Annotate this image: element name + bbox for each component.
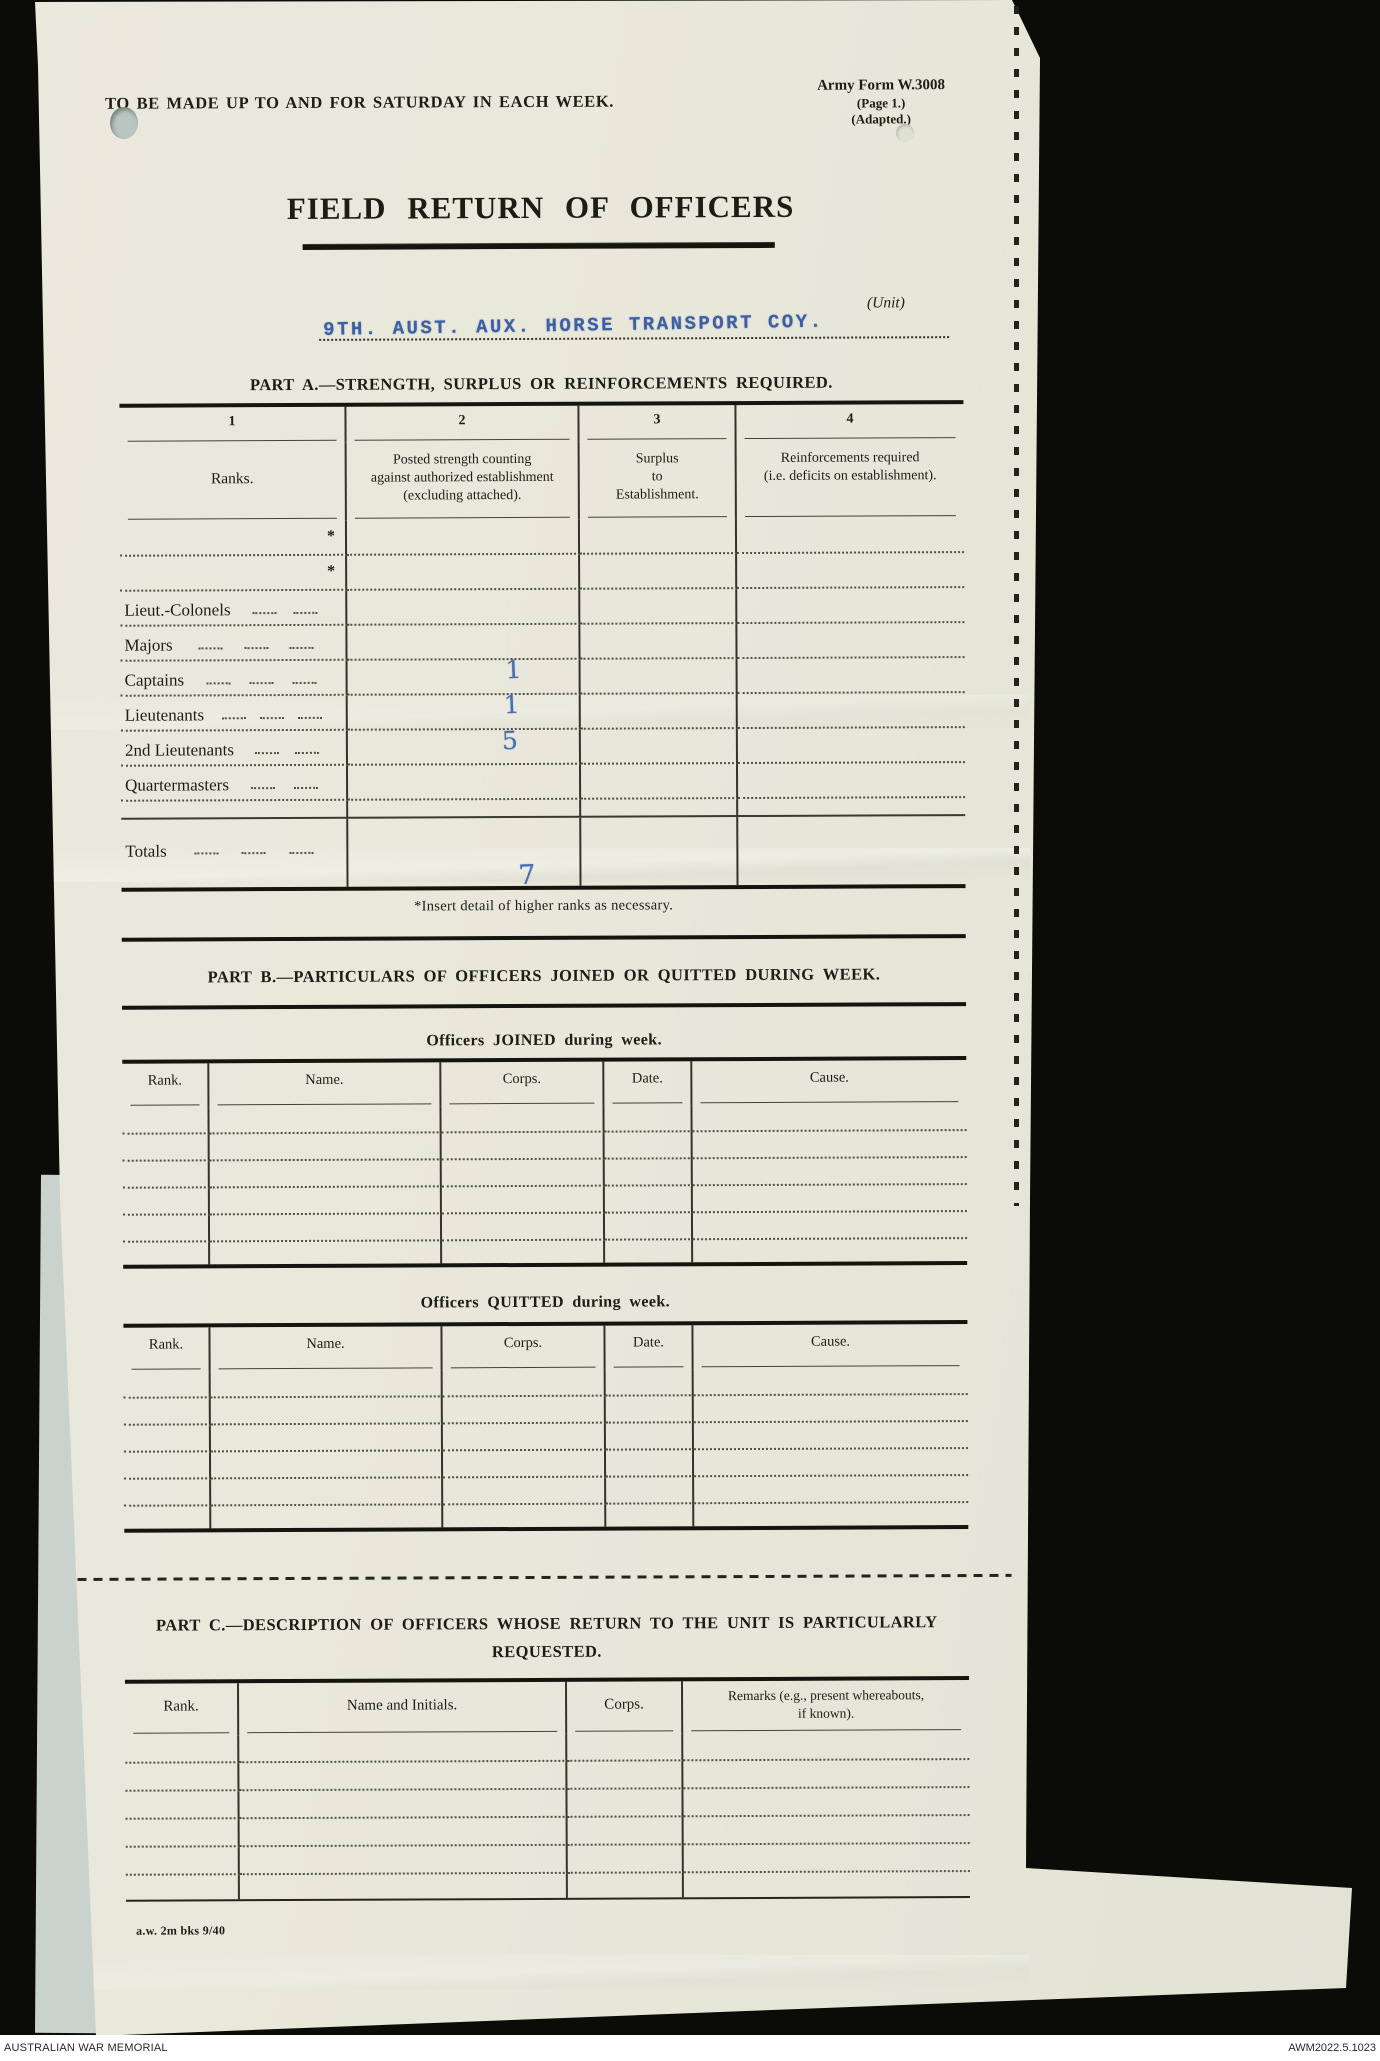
dot-leaders [204,716,340,726]
empty-cell [240,1818,568,1847]
empty-cell [693,1212,967,1240]
section-rule [122,1002,966,1010]
empty-cell [443,1451,606,1479]
perforation-dashed-line [62,1574,1012,1581]
dot-leaders [173,646,340,656]
empty-cell [568,1873,684,1898]
dot-leader [294,611,318,614]
empty-cell [123,1242,210,1264]
header-underline [612,1102,682,1103]
empty-cell [693,1131,967,1159]
rank-cell: Lieutenants [121,696,348,732]
empty-cell [348,800,581,819]
form-content: TO BE MADE UP TO AND FOR SATURDAY IN EAC… [0,0,1380,2061]
empty-cell [443,1478,606,1506]
part-a-footnote: *Insert detail of higher ranks as necess… [122,896,966,917]
empty-cell [125,1791,239,1819]
empty-cell [209,1106,441,1134]
header-underline [130,1104,199,1105]
col-number: 1 [119,407,346,444]
archive-institution-label: AUSTRALIAN WAR MEMORIAL [4,2042,168,2054]
dot-leader [244,646,268,649]
column-header-corps: Corps. [441,1062,604,1107]
header-underline [702,1365,960,1367]
header-underline [132,1368,201,1369]
empty-cell [442,1241,605,1264]
header-underline [691,1729,961,1731]
empty-cell [210,1133,442,1161]
empty-cell [123,1161,210,1188]
empty-cell [683,1788,969,1817]
column-header-corps: Corps. [442,1326,605,1371]
header-underline [614,1366,684,1367]
dot-leader [255,751,279,754]
rank-label: Quartermasters [125,775,229,795]
col-number: 3 [579,405,736,442]
column-header-reinforcements: Reinforcements required (i.e. deficits o… [737,440,964,519]
column-header-rank: Rank. [123,1327,210,1371]
empty-cell [684,1872,970,1897]
rank-cell: Quartermasters [121,766,348,802]
column-header-cause: Cause. [693,1324,967,1369]
dot-leader [294,786,318,789]
header-underline [575,1730,673,1731]
empty-cell [443,1370,606,1398]
dot-leader [295,751,319,754]
empty-cell [581,694,738,730]
empty-cell [605,1240,693,1262]
empty-cell [683,1732,969,1761]
column-header-rank: Rank. [125,1683,239,1735]
empty-cell [126,1847,240,1875]
dot-leader [250,681,274,684]
empty-cell [348,765,581,801]
dot-leaders [184,681,340,691]
empty-cell [606,1450,694,1477]
form-title: FIELD RETURN OF OFFICERS [118,188,962,228]
part-c-heading: PART C.—DESCRIPTION OF OFFICERS WHOSE RE… [125,1608,969,1668]
empty-cell [568,1817,684,1846]
empty-cell [210,1214,442,1242]
empty-cell [605,1159,693,1186]
header-underline [128,440,337,442]
part-a-heading: PART A.—STRENGTH, SURPLUS OR REINFORCEME… [119,372,963,396]
empty-cell [124,1425,211,1452]
empty-cell [126,1819,240,1847]
form-paper: TO BE MADE UP TO AND FOR SATURDAY IN EAC… [0,0,1380,2061]
empty-cell [210,1160,442,1188]
empty-cell [124,1452,211,1479]
empty-cell [684,1844,970,1873]
empty-cell [211,1397,443,1425]
header-underline [451,1367,596,1369]
empty-cell [121,801,348,820]
dot-leader [207,681,231,684]
empty-cell [581,764,738,800]
rank-cell: 2nd Lieutenants [121,731,348,767]
empty-cell [441,1106,604,1134]
printer-imprint: a.w. 2m bks 9/40 [136,1923,225,1938]
rank-cell: Lieut.-Colonels [120,591,347,627]
header-underline [745,515,956,517]
empty-cell [580,554,737,590]
posted-strength-cell [348,730,581,766]
totals-cell: Totals [121,819,348,888]
archive-footer-bar: AUSTRALIAN WAR MEMORIAL AWM2022.5.1023 [0,2035,1380,2061]
empty-cell [442,1187,605,1215]
empty-cell [442,1160,605,1188]
empty-cell [606,1369,694,1396]
handwritten-majors-strength: 1 [505,655,522,685]
empty-cell [211,1370,443,1398]
empty-cell [694,1503,968,1526]
handwritten-lieutenants-strength: 5 [501,726,518,756]
empty-cell [240,1846,568,1875]
form-adapted-note: (Adapted.) [792,111,970,128]
empty-cell [737,623,964,659]
scanned-document-page: TO BE MADE UP TO AND FOR SATURDAY IN EAC… [0,0,1380,2061]
empty-cell [694,1449,968,1477]
empty-cell [738,763,965,799]
rank-label: Lieutenants [125,705,204,725]
empty-cell [580,624,737,660]
empty-cell [124,1398,211,1425]
col-number: 4 [736,404,963,441]
empty-cell [738,728,965,764]
empty-cell [738,816,965,885]
empty-cell [123,1134,210,1161]
column-header-corps: Corps. [567,1681,683,1734]
rank-cell: Majors [120,626,347,662]
empty-cell [211,1478,443,1506]
empty-cell [122,1107,209,1134]
empty-cell [443,1505,606,1528]
column-header-posted-strength: Posted strength counting against authori… [347,442,580,521]
empty-cell [737,518,964,554]
column-header-name: Name. [209,1062,441,1107]
title-underline [303,243,775,250]
dot-leader [242,851,266,854]
totals-label: Totals [125,842,166,862]
dot-leaders [229,786,340,795]
column-header-remarks: Remarks (e.g., present whereabouts, if k… [683,1680,969,1733]
empty-cell [124,1479,211,1506]
totals-posted-cell [348,818,581,887]
rank-label: Majors [124,636,172,656]
empty-cell [211,1505,443,1528]
dot-leader [290,646,314,649]
column-header-surplus: Surplus to Establishment. [580,441,737,520]
empty-cell [737,588,964,624]
higher-rank-cell: * [120,521,347,557]
column-header-ranks: Ranks. [120,443,347,522]
stitching-marks [1014,6,1019,1206]
empty-cell [239,1790,567,1819]
header-underline [219,1367,433,1369]
empty-cell [580,519,737,555]
empty-cell [210,1187,442,1215]
empty-cell [124,1371,211,1398]
empty-cell [683,1760,969,1789]
part-c-table: Rank. Name and Initials. Corps. Remarks … [125,1676,970,1902]
empty-cell [123,1215,210,1242]
weekly-instruction-text: TO BE MADE UP TO AND FOR SATURDAY IN EAC… [105,92,614,114]
empty-cell [738,658,965,694]
empty-cell [693,1239,967,1262]
empty-cell [684,1816,970,1845]
dot-leader [194,851,218,854]
empty-cell [443,1424,606,1452]
empty-cell [442,1214,605,1242]
empty-cell [124,1506,211,1528]
unit-field-label: (Unit) [867,294,905,312]
header-underline [128,518,337,520]
posted-strength-cell [348,660,581,696]
empty-cell [567,1761,683,1790]
empty-cell [581,817,738,886]
dot-leader [289,851,313,854]
header-underline [588,516,727,518]
empty-cell [443,1397,606,1425]
col-number: 2 [346,406,579,443]
empty-cell [694,1476,968,1504]
empty-cell [694,1422,968,1450]
header-underline [700,1101,958,1103]
empty-cell [240,1874,568,1899]
column-header-name: Name. [210,1326,442,1371]
rank-label: Lieut.-Colonels [124,600,230,620]
dot-leader [298,716,322,719]
empty-cell [211,1451,443,1479]
header-underline [449,1103,594,1105]
empty-cell [580,589,737,625]
officers-quitted-heading: Officers QUITTED during week. [123,1292,967,1314]
empty-cell [738,798,965,817]
header-underline [217,1103,431,1105]
column-header-name-initials: Name and Initials. [239,1682,567,1735]
form-page-number: (Page 1.) [792,95,970,112]
posted-strength-cell [347,625,580,661]
officers-quitted-table: Rank. Name. Corps. Date. Cause. [123,1320,968,1533]
posted-strength-cell [348,695,581,731]
dot-leaders [167,851,341,852]
dot-leader [251,786,275,789]
punch-hole [110,107,138,139]
header-underline [355,439,570,441]
empty-cell [126,1875,240,1899]
archive-catalog-number: AWM2022.5.1023 [1288,2042,1376,2054]
empty-cell [125,1763,239,1791]
empty-cell [125,1735,239,1763]
empty-cell [605,1213,693,1240]
empty-cell [737,553,964,589]
dot-leader [260,716,284,719]
empty-cell [211,1424,443,1452]
empty-cell [567,1789,683,1818]
part-a-table: 1 2 3 4 Ranks. Posted strength counting … [119,400,965,892]
officers-joined-table: Rank. Name. Corps. Date. Cause. [122,1056,967,1269]
empty-cell [581,799,738,818]
empty-cell [123,1188,210,1215]
empty-cell [694,1368,968,1396]
part-b-heading: PART B.—PARTICULARS OF OFFICERS JOINED O… [122,964,966,988]
dot-leader [222,716,246,719]
empty-cell [210,1241,442,1264]
handwritten-captains-strength: 1 [503,690,520,720]
empty-cell [347,520,580,556]
empty-cell [347,590,580,626]
empty-cell [692,1104,966,1132]
empty-cell [567,1733,683,1762]
empty-cell [442,1133,605,1161]
empty-cell [581,659,738,695]
dot-leader [252,611,276,614]
dot-leaders [234,751,340,760]
header-underline [247,1731,557,1733]
empty-cell [606,1504,694,1526]
empty-cell [581,729,738,765]
header-underline [588,438,727,440]
empty-cell [606,1477,694,1504]
handwritten-total-strength: 7 [518,860,536,892]
empty-cell [605,1132,693,1159]
column-header-date: Date. [604,1061,692,1105]
column-header-date: Date. [605,1325,693,1369]
dot-leaders [231,611,340,620]
dot-leader [293,681,317,684]
paper-blemish [896,124,914,142]
empty-cell [738,693,965,729]
empty-cell [693,1158,967,1186]
empty-cell [604,1105,692,1132]
header-underline [133,1732,229,1733]
empty-cell [239,1762,567,1791]
header-underline [355,517,570,519]
header-underline [745,437,956,439]
empty-cell [347,555,580,591]
section-rule [122,934,966,942]
rank-cell: Captains [121,661,348,697]
form-number: Army Form W.3008 [792,76,970,96]
empty-cell [694,1395,968,1423]
empty-cell [606,1396,694,1423]
officers-joined-heading: Officers JOINED during week. [122,1030,966,1052]
empty-cell [606,1423,694,1450]
rank-label: 2nd Lieutenants [125,740,234,760]
form-identifier-block: Army Form W.3008 (Page 1.) (Adapted.) [792,76,970,128]
higher-rank-cell: * [120,556,347,592]
empty-cell [693,1185,967,1213]
empty-cell [605,1186,693,1213]
empty-cell [568,1845,684,1874]
dot-leader [198,646,222,649]
empty-cell [239,1734,567,1763]
column-header-cause: Cause. [692,1060,966,1105]
column-header-rank: Rank. [122,1063,209,1107]
rank-label: Captains [125,670,185,690]
